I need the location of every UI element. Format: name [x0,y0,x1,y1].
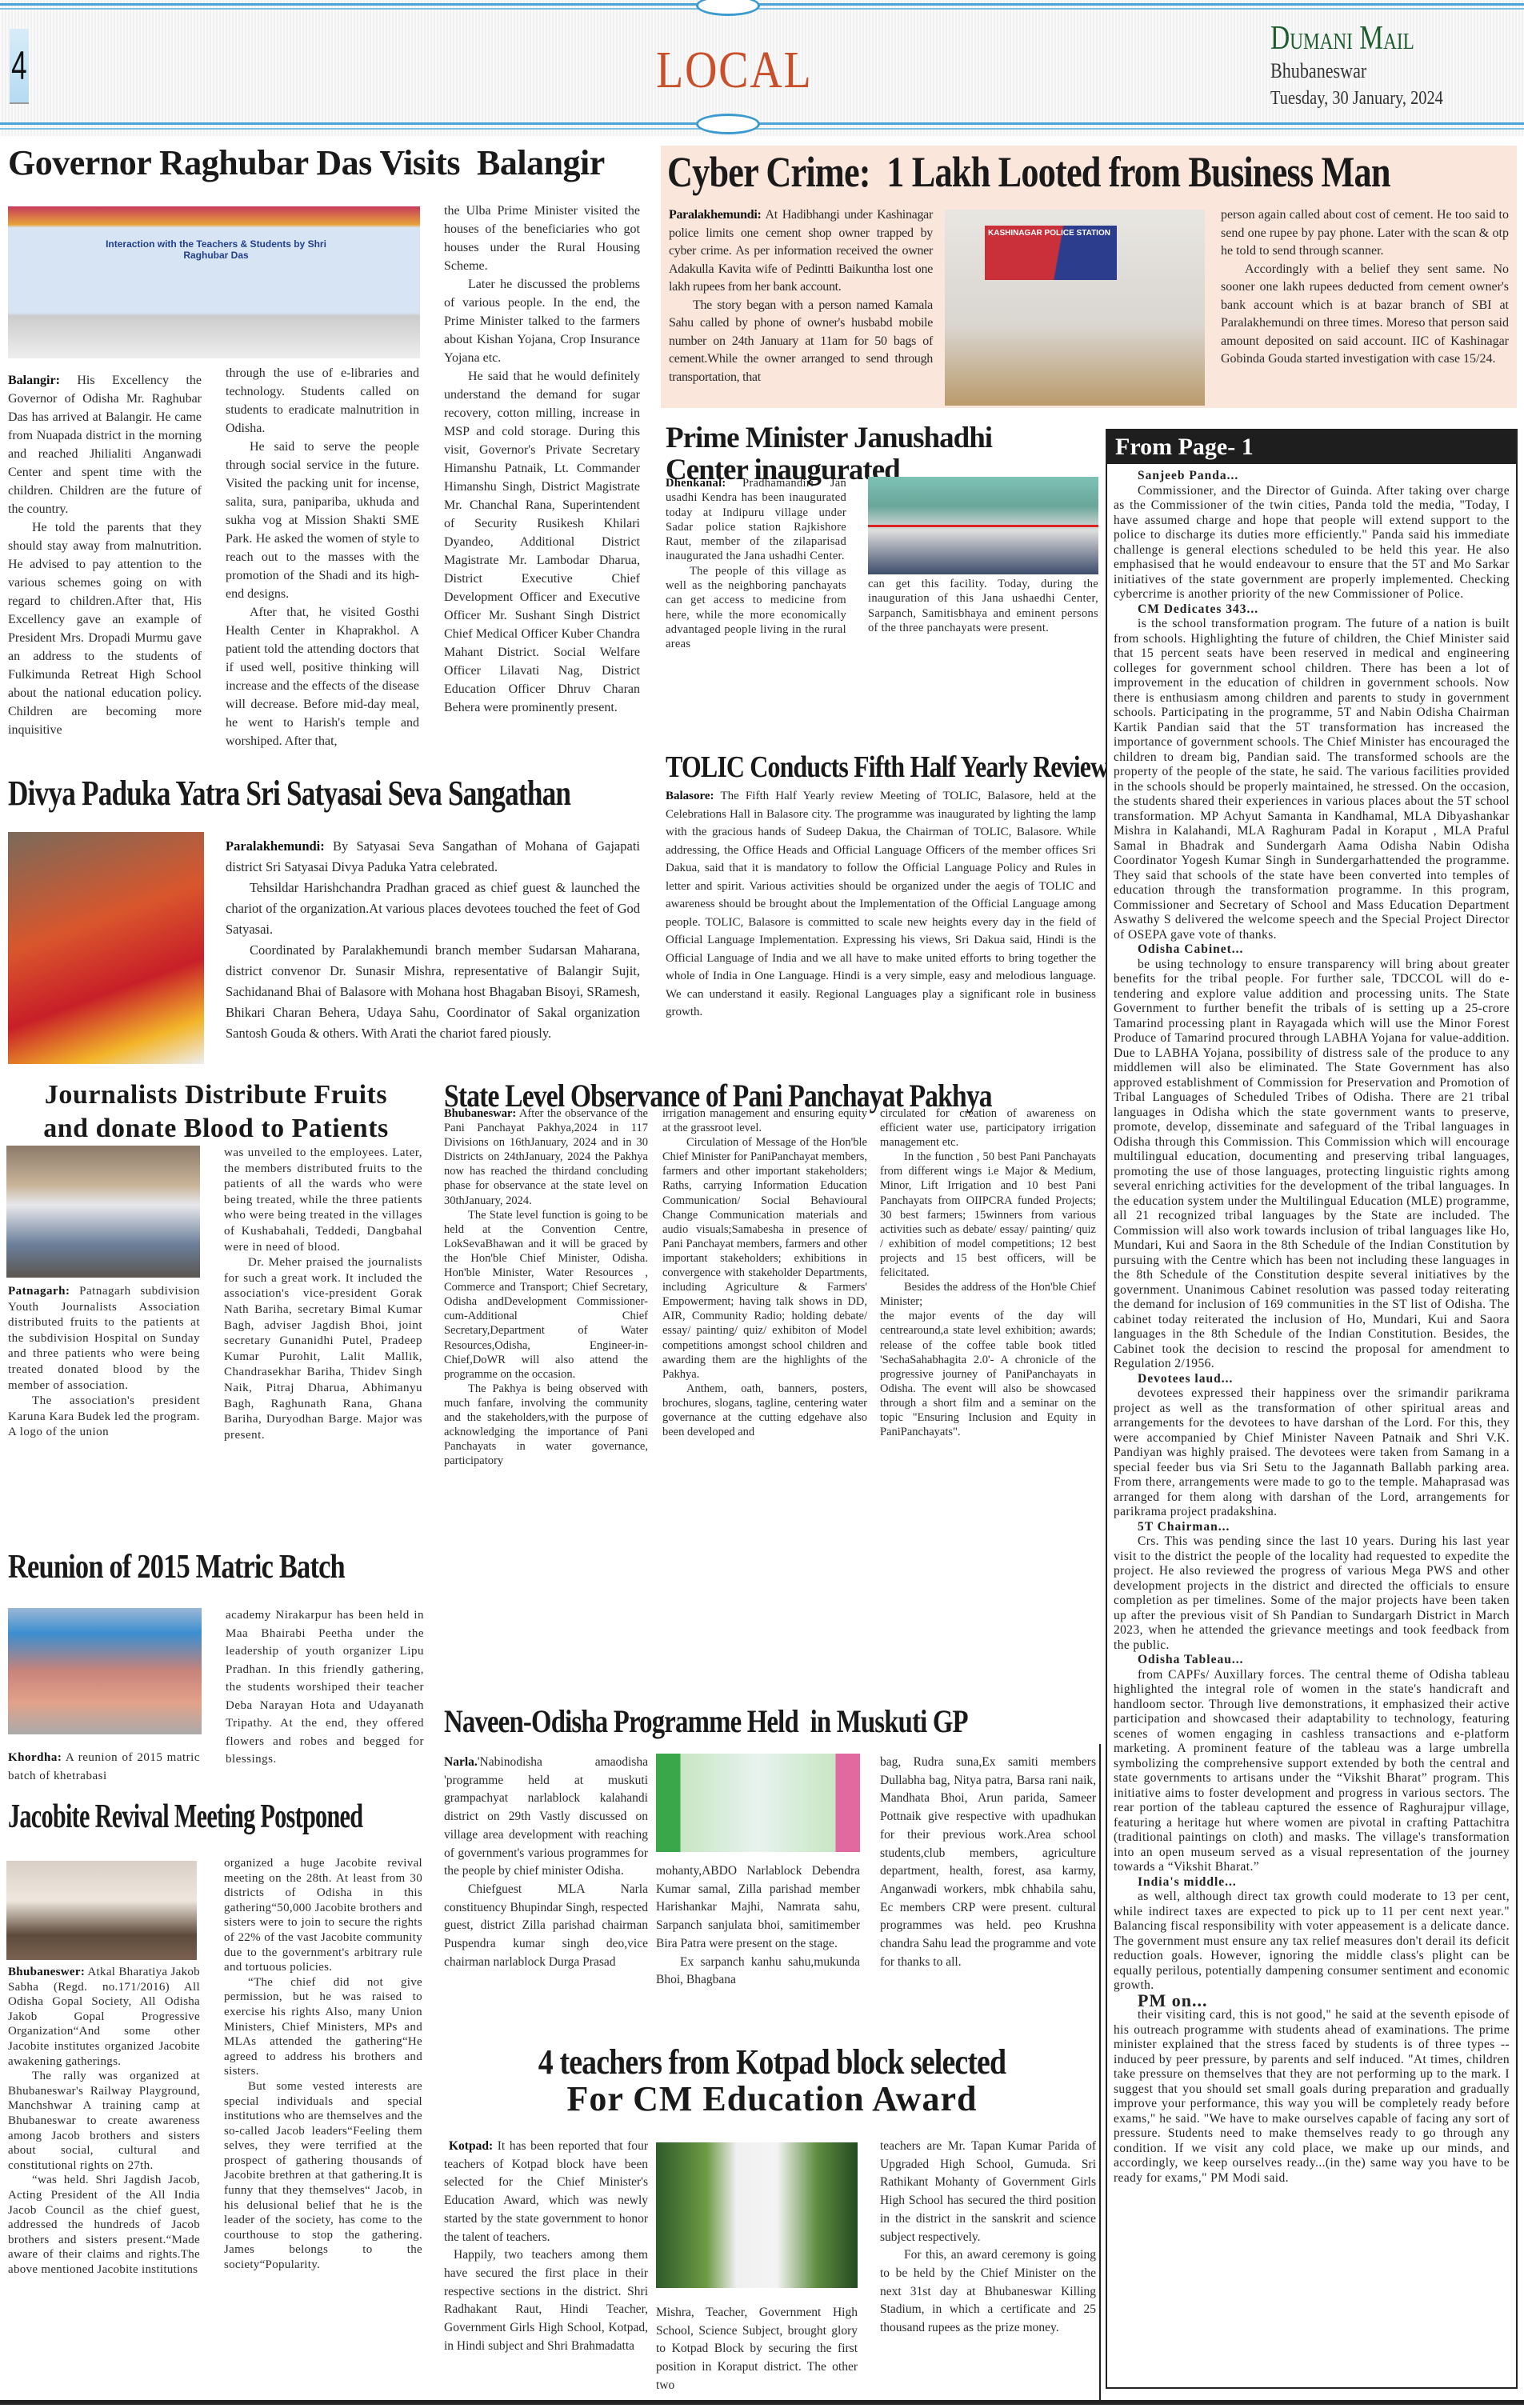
cyber-col1: Paralakhemundi: At Hadibhangi under Kash… [669,206,933,386]
journalists-col2: was unveiled to the employees. Later, th… [224,1146,422,1443]
article-reunion: Reunion of 2015 Matric Batch [8,1550,424,1584]
reunion-col1: Khordha: A reunion of 2015 matric batch … [8,1749,200,1785]
photo-divya [8,832,204,1064]
article-governor: Governor Raghubar Das Visits Balangir [8,146,648,181]
pani-col1: Bhubaneswar: After the observance of the… [444,1106,648,1468]
page-number-box: 4 [10,29,29,102]
reunion-col2: academy Nirakarpur has been held in Maa … [226,1606,424,1769]
janushadhi-col1: Dhenkanal: Pradhamandiri Jan usadhi Kend… [666,476,846,652]
divya-body: Paralakhemundi: By Satyasai Seva Sangath… [226,836,640,1044]
pani-col3: circulated for creation of awareness on … [880,1106,1096,1439]
article-cyber: Cyber Crime: 1 Lakh Looted from Business… [661,146,1517,408]
photo-banner-text: Interaction with the Teachers & Students… [104,238,328,261]
headline: Divya Paduka Yatra Sri Satyasai Seva San… [8,776,520,811]
teachers-col3: teachers are Mr. Tapan Kumar Parida of U… [880,2138,1096,2338]
photo-teachers [656,2142,858,2288]
cyber-col2: person again called about cost of cement… [1221,206,1509,369]
teachers-col2: Mishra, Teacher, Government High School,… [656,2304,858,2395]
from-page-body: Sanjeeb Panda...Commissioner, and the Di… [1107,464,1516,2186]
jacobite-col1: Bhubaneswer: Atkal Bharatiya Jakob Sabha… [8,1965,200,2277]
city: Bhubaneswar [1270,59,1366,83]
vertical-rule [1099,1744,1101,2400]
issue-date: Tuesday, 30 January, 2024 [1270,88,1443,110]
article-naveen: Naveen-Odisha Programme Held in Muskuti … [444,1706,1100,1738]
naveen-col1: Narla.'Nabinodisha amaodisha 'programme … [444,1754,648,1971]
section-title: LOCAL [656,40,812,101]
naveen-col3: bag, Rudra suna,Ex samiti members Dullab… [880,1754,1096,1971]
article-journalists: Journalists Distribute Fruits and donate… [8,1078,424,1146]
teachers-col1: Kotpad: It has been reported that four t… [444,2138,648,2355]
from-page-title: From Page- 1 [1107,430,1516,464]
janushadhi-col2: can get this facility. Today, during the… [868,577,1098,635]
masthead: 4 LOCAL Dumani Mail Bhubaneswar Tuesday,… [0,0,1524,136]
photo-journalists [6,1146,200,1278]
photo-governor: Interaction with the Teachers & Students… [8,206,420,358]
headline: Journalists Distribute Fruits and donate… [8,1078,424,1146]
paper-name: Dumani Mail [1270,19,1414,58]
ornament-top-icon [696,0,760,16]
jacobite-col2: organized a huge Jacobite revival meetin… [224,1856,422,2273]
photo-jacobite [6,1861,197,1960]
pani-col2: irrigation management and ensuring equit… [662,1106,867,1439]
governor-col2: through the use of e-libraries and techn… [226,364,419,750]
headline: Naveen-Odisha Programme Held in Muskuti … [444,1706,982,1738]
from-page-box: From Page- 1 Sanjeeb Panda...Commissione… [1106,429,1518,2389]
governor-col3: the Ulba Prime Minister visited the hous… [444,202,640,717]
article-divya: Divya Paduka Yatra Sri Satyasai Seva San… [8,776,648,811]
headline: Governor Raghubar Das Visits Balangir [8,146,648,181]
article-teachers: 4 teachers from Kotpad block selected Fo… [444,2044,1100,2118]
headline: Reunion of 2015 Matric Batch [8,1550,349,1584]
police-sign: KASHINAGAR POLICE STATION [985,226,1117,280]
page-number: 4 [11,42,26,89]
article-jacobite: Jacobite Revival Meeting Postponed [8,1800,424,1834]
journalists-col1: Patnagarh: Patnagarh subdivision Youth J… [8,1284,200,1441]
headline: Cyber Crime: 1 Lakh Looted from Business… [667,150,1390,194]
article-tolic: TOLIC Conducts Fifth Half Yearly Review … [666,752,1102,1022]
photo-janushadhi [868,477,1098,574]
ornament-bottom-icon [696,114,760,134]
photo-naveen-stage [656,1754,860,1852]
headline: TOLIC Conducts Fifth Half Yearly Review [666,752,1032,782]
photo-reunion [8,1608,202,1734]
headline: Jacobite Revival Meeting Postponed [8,1800,307,1834]
headline: 4 teachers from Kotpad block selected Fo… [444,2044,1100,2118]
photo-police-station: KASHINAGAR POLICE STATION [945,210,1205,406]
governor-col1: Balangir: His Excellency the Governor of… [8,371,202,739]
bottom-rule [0,2400,1524,2405]
naveen-col2: mohanty,ABDO Narlablock Debendra Kumar s… [656,1862,860,1990]
